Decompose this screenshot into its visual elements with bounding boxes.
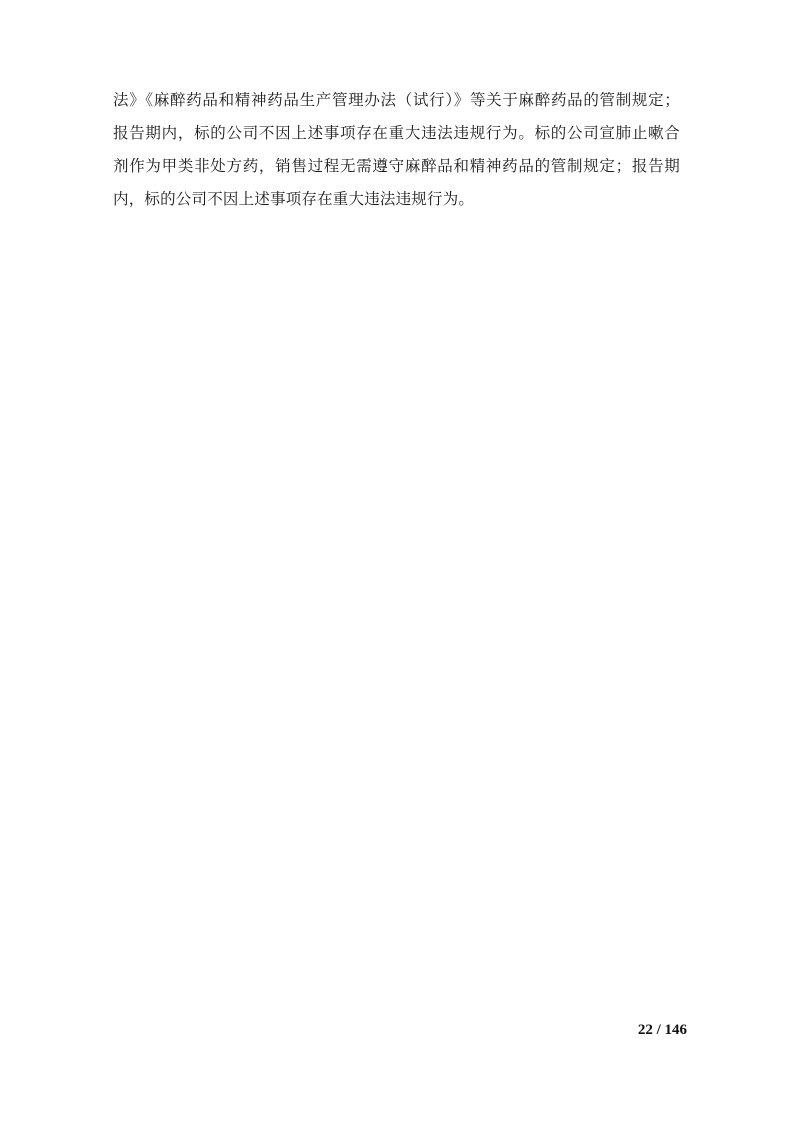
page-number: 22 / 146 xyxy=(638,1021,687,1039)
paragraph-line: 内，标的公司不因上述事项存在重大违法违规行为。 xyxy=(113,183,680,216)
paragraph-line: 法》《麻醉药品和精神药品生产管理办法（试行）》等关于麻醉药品的管制规定； xyxy=(113,84,680,117)
body-paragraph: 法》《麻醉药品和精神药品生产管理办法（试行）》等关于麻醉药品的管制规定； 报告期… xyxy=(113,84,680,216)
paragraph-line: 报告期内，标的公司不因上述事项存在重大违法违规行为。标的公司宣肺止嗽合 xyxy=(113,117,680,150)
document-page: 法》《麻醉药品和精神药品生产管理办法（试行）》等关于麻醉药品的管制规定； 报告期… xyxy=(0,0,793,1122)
paragraph-line: 剂作为甲类非处方药，销售过程无需遵守麻醉品和精神药品的管制规定；报告期 xyxy=(113,150,680,183)
